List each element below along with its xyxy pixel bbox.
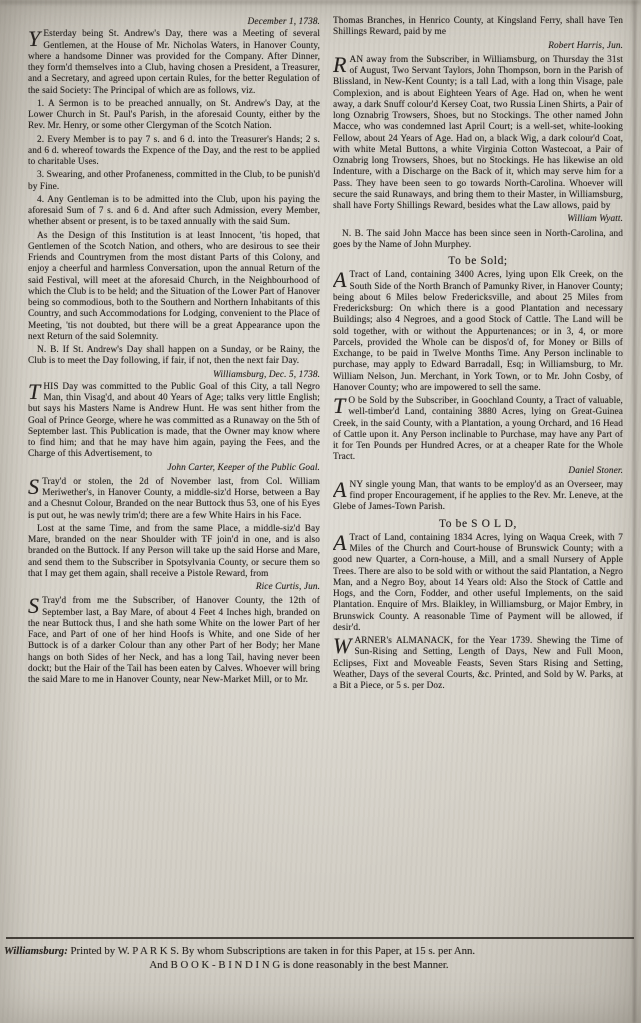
paragraph: As the Design of this Institution is at … bbox=[28, 231, 320, 344]
paragraph: ATract of Land, containing 3400 Acres, l… bbox=[333, 270, 623, 394]
paragraph: 2. Every Member is to pay 7 s. and 6 d. … bbox=[28, 135, 320, 169]
newspaper-scan: { "colors": { "paper": "#d8d4cb", "ink":… bbox=[0, 0, 641, 1023]
paragraph: TO be Sold by the Subscriber, in Goochla… bbox=[333, 396, 623, 464]
drop-cap: Y bbox=[28, 29, 43, 48]
drop-cap: T bbox=[28, 382, 43, 401]
drop-cap: A bbox=[333, 480, 350, 499]
drop-cap: S bbox=[28, 477, 42, 496]
dateline: Williamsburg, Dec. 5, 1738. bbox=[28, 370, 320, 381]
heading: To be Sold; bbox=[333, 256, 623, 267]
paragraph: 1. A Sermon is to be preached annually, … bbox=[28, 99, 320, 133]
paragraph: STray'd from me the Subscriber, of Hanov… bbox=[28, 596, 320, 686]
imprint-text: Printed by W. P A R K S. By whom Subscri… bbox=[71, 945, 476, 957]
paragraph: Lost at the same Time, and from the same… bbox=[28, 524, 320, 580]
right-column: Thomas Branches, in Henrico County, at K… bbox=[333, 16, 623, 934]
imprint-line-1: Williamsburg: Printed by W. P A R K S. B… bbox=[4, 945, 475, 957]
drop-cap: S bbox=[28, 596, 42, 615]
paragraph: RAN away from the Subscriber, in William… bbox=[333, 55, 623, 213]
paragraph: ANY single young Man, that wants to be e… bbox=[333, 480, 623, 514]
dateline: December 1, 1738. bbox=[28, 17, 320, 28]
paragraph: WARNER's ALMANACK, for the Year 1739. Sh… bbox=[333, 636, 623, 692]
imprint-city: Williamsburg: bbox=[4, 945, 68, 957]
drop-cap: A bbox=[333, 533, 350, 552]
paragraph: N. B. The said John Macce has been since… bbox=[333, 229, 623, 252]
imprint-divider-rule bbox=[6, 937, 634, 939]
scan-edge-top bbox=[0, 0, 641, 4]
paragraph: ATract of Land, containing 1834 Acres, l… bbox=[333, 533, 623, 634]
scan-edge-right bbox=[633, 0, 636, 1023]
paragraph: Thomas Branches, in Henrico County, at K… bbox=[333, 16, 623, 39]
paragraph: YEsterday being St. Andrew's Day, there … bbox=[28, 29, 320, 97]
paragraph: 3. Swearing, and other Profaneness, comm… bbox=[28, 170, 320, 193]
signature: Robert Harris, Jun. bbox=[333, 41, 623, 52]
signature: Rice Curtis, Jun. bbox=[28, 582, 320, 593]
signature: Daniel Stoner. bbox=[333, 466, 623, 477]
drop-cap: A bbox=[333, 270, 350, 289]
drop-cap: W bbox=[333, 636, 354, 655]
paragraph: THIS Day was committed to the Public Goa… bbox=[28, 382, 320, 461]
drop-cap: T bbox=[333, 396, 348, 415]
signature: John Carter, Keeper of the Public Goal. bbox=[28, 463, 320, 474]
imprint-line-2: And B O O K - B I N D I N G is done reas… bbox=[4, 959, 594, 973]
paragraph: N. B. If St. Andrew's Day shall happen o… bbox=[28, 345, 320, 368]
left-column: December 1, 1738.YEsterday being St. And… bbox=[28, 16, 320, 934]
heading: To be S O L D, bbox=[333, 519, 623, 530]
imprint-line: Williamsburg: Printed by W. P A R K S. B… bbox=[4, 945, 636, 972]
paragraph: STray'd or stolen, the 2d of November la… bbox=[28, 477, 320, 522]
paragraph: 4. Any Gentleman is to be admitted into … bbox=[28, 195, 320, 229]
signature: William Wyatt. bbox=[333, 214, 623, 225]
drop-cap: R bbox=[333, 55, 350, 74]
